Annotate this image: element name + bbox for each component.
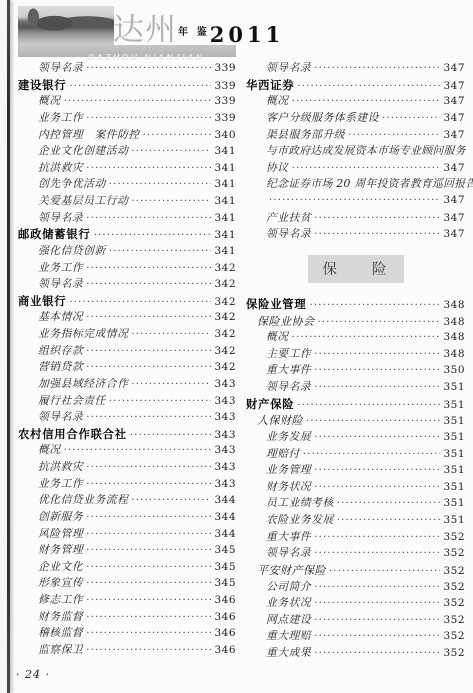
toc-entry: 保险业协会348 xyxy=(246,313,465,330)
toc-entry: 业务工作343 xyxy=(18,476,236,493)
page-number: 352 xyxy=(443,614,465,626)
page-number: 341 xyxy=(214,212,236,224)
page-number: 342 xyxy=(214,361,236,373)
page-number: 343 xyxy=(214,395,236,407)
scan-margin xyxy=(0,0,7,693)
page-number: 346 xyxy=(214,611,236,623)
toc-entry: 概况343 xyxy=(18,442,236,459)
toc-entry: 重大事件352 xyxy=(246,529,465,546)
page-number: 347 xyxy=(443,95,465,107)
page-number: 344 xyxy=(214,528,236,540)
dot-leader xyxy=(131,194,211,207)
page-number: 343 xyxy=(214,478,236,490)
dot-leader xyxy=(348,128,440,141)
dot-leader xyxy=(86,576,211,589)
toc-entry-label: 理赔付 xyxy=(266,446,300,461)
toc-heading-entry: 商业银行342 xyxy=(18,293,236,310)
toc-entry-label: 创新服务 xyxy=(38,509,83,524)
dot-leader xyxy=(269,193,440,206)
dot-leader xyxy=(86,61,211,74)
toc-entry-label: 财务管理 xyxy=(38,542,83,557)
toc-entry-label: 加强县域经济合作 xyxy=(38,376,128,391)
page-number: 351 xyxy=(443,448,465,460)
toc-entry-label: 财务状况 xyxy=(266,479,311,494)
page-number: 347 xyxy=(443,194,465,206)
toc-entry: 与市政府达成发展资本市场专业顾问服务 xyxy=(246,143,465,160)
toc-entry: 产业扶贫347 xyxy=(246,210,465,227)
dot-leader xyxy=(314,380,440,393)
toc-entry: 领导名录347 xyxy=(246,226,465,243)
page-number: 352 xyxy=(443,630,465,642)
dot-leader xyxy=(86,410,211,423)
toc-entry: 业务发展351 xyxy=(246,429,465,446)
toc-entry-label: 业务工作 xyxy=(38,110,83,125)
section-divider-label: 保 险 xyxy=(308,255,404,283)
toc-entry: 领导名录339 xyxy=(18,60,236,77)
toc-entry-label: 抗洪救灾 xyxy=(38,160,83,175)
toc-entry-label: 保险业协会 xyxy=(257,313,315,329)
page-number-footer: · 24 · xyxy=(16,668,50,681)
page-number: 343 xyxy=(214,378,236,390)
dot-leader xyxy=(64,94,212,107)
dot-leader xyxy=(318,315,441,328)
dot-leader xyxy=(86,261,211,274)
page-number: 342 xyxy=(214,328,236,340)
toc-entry: 领导名录352 xyxy=(246,545,465,562)
toc-entry-label: 概况 xyxy=(266,329,289,344)
dot-leader xyxy=(314,463,440,476)
toc-entry: 渠县服务部升级347 xyxy=(246,127,465,144)
toc-entry: 理赔付351 xyxy=(246,446,465,463)
toc-entry-label: 稽核监督 xyxy=(38,625,83,640)
dot-leader xyxy=(86,593,211,606)
page-number: 341 xyxy=(214,178,236,190)
dot-leader xyxy=(131,327,211,340)
dot-leader xyxy=(306,414,440,427)
page-number: 351 xyxy=(443,464,465,476)
dot-leader xyxy=(337,513,441,526)
page-number: 341 xyxy=(214,229,236,241)
dot-leader xyxy=(109,394,212,407)
page-number: 340 xyxy=(214,129,236,141)
toc-entry: 业务工作339 xyxy=(18,110,236,127)
header-photo xyxy=(18,6,114,47)
toc-entry-label: 财产保险 xyxy=(246,396,294,412)
toc-entry: 优化信贷业务流程344 xyxy=(18,492,236,509)
dot-leader xyxy=(314,546,440,559)
dot-leader xyxy=(337,496,441,509)
toc-entry: 概况347 xyxy=(246,93,465,110)
toc-entry: 纪念证券市场 20 周年投资者教育巡回报告会 xyxy=(246,176,465,193)
dot-leader xyxy=(86,477,211,490)
page-number: 351 xyxy=(443,399,465,411)
dot-leader xyxy=(86,610,211,623)
toc-entry-label: 与市政府达成发展资本市场专业顾问服务 xyxy=(266,143,466,158)
page-number: 352 xyxy=(443,647,465,659)
page-number: 346 xyxy=(214,627,236,639)
dot-leader xyxy=(314,227,440,240)
toc-entry-label: 网点建设 xyxy=(266,612,311,627)
toc-entry-label: 创先争优活动 xyxy=(38,176,106,191)
page-number: 351 xyxy=(443,497,465,509)
book-edge-line xyxy=(7,0,10,693)
toc-entry-label: 业务状况 xyxy=(266,595,311,610)
toc-entry-label: 营销贷款 xyxy=(38,359,83,374)
toc-entry: 重大成果352 xyxy=(246,645,465,662)
page-number: 339 xyxy=(214,112,236,124)
toc-heading-entry: 华西证券347 xyxy=(246,77,465,94)
dot-leader xyxy=(143,128,212,141)
toc-entry-label: 领导名录 xyxy=(38,409,83,424)
toc-heading-entry: 保险业管理348 xyxy=(246,296,465,313)
toc-entry: 业务状况352 xyxy=(246,595,465,612)
toc-entry-label: 重大理赔 xyxy=(266,628,311,643)
toc-entry: 人保财险351 xyxy=(246,412,465,429)
page-number: 347 xyxy=(443,62,465,74)
toc-entry-label: 企业文化 xyxy=(38,559,83,574)
toc-entry: 业务工作342 xyxy=(18,260,236,277)
dot-leader xyxy=(314,629,440,642)
toc-entry: 公司简介352 xyxy=(246,579,465,596)
toc-entry-label: 领导名录 xyxy=(38,210,83,225)
toc-heading-entry: 建设银行339 xyxy=(18,77,236,94)
dot-leader xyxy=(297,79,440,92)
page-number: 342 xyxy=(214,345,236,357)
toc-entry-label: 关爱基层员工行动 xyxy=(38,193,128,208)
toc-entry: 财务监督346 xyxy=(18,609,236,626)
toc-entry: 领导名录342 xyxy=(18,276,236,293)
dot-leader xyxy=(297,398,440,411)
dot-leader xyxy=(292,330,441,343)
toc-entry-label: 领导名录 xyxy=(38,276,83,291)
page-number: 341 xyxy=(214,145,236,157)
page-number: 351 xyxy=(443,431,465,443)
toc-entry-label: 业务发展 xyxy=(266,429,311,444)
dot-leader xyxy=(292,161,441,174)
dot-leader xyxy=(69,79,211,92)
toc-entry-label: 业务工作 xyxy=(38,260,83,275)
page-number: 348 xyxy=(443,299,465,311)
page-number: 344 xyxy=(214,494,236,506)
dot-leader xyxy=(314,347,440,360)
page-number: 350 xyxy=(443,364,465,376)
toc-entry: 抗洪救灾343 xyxy=(18,459,236,476)
toc-entry: 加强县域经济合作343 xyxy=(18,376,236,393)
toc-entry-label: 财务监督 xyxy=(38,609,83,624)
toc-entry: 企业文化创建活动341 xyxy=(18,143,236,160)
toc-entry: 关爱基层员工行动341 xyxy=(18,193,236,210)
toc-entry-label: 组织存款 xyxy=(38,343,83,358)
page-number: 347 xyxy=(443,129,465,141)
page-number: 346 xyxy=(214,594,236,606)
toc-entry: 概况339 xyxy=(18,93,236,110)
page-number: 341 xyxy=(214,245,236,257)
toc-column-left: 领导名录339建设银行339概况339业务工作339内控管理 案件防控340企业… xyxy=(18,60,236,659)
toc-entry-label: 概况 xyxy=(266,93,289,108)
toc-entry-label: 重大事件 xyxy=(266,529,311,544)
page-number: 351 xyxy=(443,415,465,427)
yearbook-toc-page: DAZHOU NIANJIAN 达州年 鉴2011 领导名录339建设银行339… xyxy=(0,0,473,693)
toc-entry-label: 重大成果 xyxy=(266,645,311,660)
toc-entry: 重大理赔352 xyxy=(246,628,465,645)
dot-leader xyxy=(109,177,212,190)
page-number: 343 xyxy=(214,444,236,456)
yearbook-title-suffix: 年 鉴 xyxy=(178,27,210,38)
toc-entry-label: 商业银行 xyxy=(18,293,66,309)
toc-entry-label: 业务工作 xyxy=(38,476,83,491)
toc-entry-label: 监察保卫 xyxy=(38,642,83,657)
yearbook-year: 2011 xyxy=(210,22,284,47)
toc-entry: 主要工作348 xyxy=(246,346,465,363)
dot-leader xyxy=(86,344,211,357)
page-number: 351 xyxy=(443,381,465,393)
dot-leader xyxy=(314,363,440,376)
dot-leader xyxy=(86,643,211,656)
page-number: 351 xyxy=(443,514,465,526)
toc-entry: 财务状况351 xyxy=(246,479,465,496)
toc-entry: 平安财产保险352 xyxy=(246,562,465,579)
toc-entry-label: 农险业务发展 xyxy=(266,512,334,527)
toc-entry: 347 xyxy=(246,193,465,210)
page-number: 348 xyxy=(443,348,465,360)
dot-leader xyxy=(314,613,440,626)
toc-entry: 领导名录347 xyxy=(246,60,465,77)
page-number: 347 xyxy=(443,80,465,92)
toc-entry-label: 领导名录 xyxy=(266,545,311,560)
page-number: 348 xyxy=(443,331,465,343)
dot-leader xyxy=(109,244,212,257)
toc-entry-label: 重大事件 xyxy=(266,362,311,377)
toc-entry: 履行社会责任343 xyxy=(18,393,236,410)
toc-entry-label: 领导名录 xyxy=(266,379,311,394)
toc-entry-label: 华西证券 xyxy=(246,77,294,93)
toc-entry: 财务管理345 xyxy=(18,542,236,559)
page-number: 344 xyxy=(214,511,236,523)
page-number: 341 xyxy=(214,162,236,174)
toc-entry: 内控管理 案件防控340 xyxy=(18,127,236,144)
dot-leader xyxy=(314,596,440,609)
toc-entry-label: 概况 xyxy=(38,93,61,108)
toc-entry: 形象宣传345 xyxy=(18,575,236,592)
toc-entry: 组织存款342 xyxy=(18,343,236,360)
page-number: 342 xyxy=(214,311,236,323)
dot-leader xyxy=(314,646,440,659)
toc-entry-label: 员工业绩考核 xyxy=(266,495,334,510)
toc-entry-label: 领导名录 xyxy=(266,60,311,75)
toc-entry-label: 形象宣传 xyxy=(38,575,83,590)
dot-leader xyxy=(314,580,440,593)
dot-leader xyxy=(382,111,440,124)
page-number: 352 xyxy=(443,597,465,609)
toc-entry: 协议347 xyxy=(246,160,465,177)
toc-entry: 概况348 xyxy=(246,329,465,346)
toc-entry-label: 客户分级服务体系建设 xyxy=(266,110,379,125)
page-number: 343 xyxy=(214,411,236,423)
toc-entry: 监察保卫346 xyxy=(18,642,236,659)
toc-entry: 抗洪救灾341 xyxy=(18,160,236,177)
toc-entry-label: 业务指标完成情况 xyxy=(38,326,128,341)
page-number: 339 xyxy=(214,62,236,74)
toc-entry: 业务管理351 xyxy=(246,462,465,479)
dot-leader xyxy=(314,211,440,224)
toc-entry-label: 公司简介 xyxy=(266,579,311,594)
dot-leader xyxy=(86,560,211,573)
page-number: 346 xyxy=(214,644,236,656)
toc-column-right: 领导名录347华西证券347概况347客户分级服务体系建设347渠县服务部升级3… xyxy=(246,60,465,662)
toc-heading-entry: 邮政储蓄银行341 xyxy=(18,226,236,243)
toc-entry: 营销贷款342 xyxy=(18,359,236,376)
toc-entry-label: 优化信贷业务流程 xyxy=(38,492,128,507)
dot-leader xyxy=(131,377,211,390)
dot-leader xyxy=(314,480,440,493)
dot-leader xyxy=(329,564,440,577)
toc-entry: 企业文化345 xyxy=(18,559,236,576)
toc-entry-label: 基本情况 xyxy=(38,309,83,324)
toc-entry-label: 企业文化创建活动 xyxy=(38,143,128,158)
dot-leader xyxy=(314,530,440,543)
dot-leader xyxy=(86,543,211,556)
dot-leader xyxy=(130,428,212,441)
dot-leader xyxy=(86,161,211,174)
toc-entry: 网点建设352 xyxy=(246,612,465,629)
toc-entry-label: 业务管理 xyxy=(266,462,311,477)
dot-leader xyxy=(86,360,211,373)
page-number: 345 xyxy=(214,544,236,556)
section-divider: 保 险 xyxy=(246,255,465,283)
page-number: 352 xyxy=(443,547,465,559)
page-number: 347 xyxy=(443,162,465,174)
toc-entry: 稽核监督346 xyxy=(18,625,236,642)
toc-entry-label: 邮政储蓄银行 xyxy=(18,226,91,242)
toc-entry-label: 主要工作 xyxy=(266,346,311,361)
toc-entry-label: 概况 xyxy=(38,442,61,457)
page-number: 343 xyxy=(214,461,236,473)
toc-entry-label: 领导名录 xyxy=(38,60,83,75)
dot-leader xyxy=(292,94,441,107)
toc-entry: 创新服务344 xyxy=(18,509,236,526)
page-number: 347 xyxy=(443,112,465,124)
toc-entry-label: 协议 xyxy=(266,160,289,175)
toc-entry-label: 人保财险 xyxy=(257,412,303,428)
toc-entry: 强化信贷创新341 xyxy=(18,243,236,260)
toc-entry-label: 领导名录 xyxy=(266,226,311,241)
dot-leader xyxy=(86,510,211,523)
toc-entry-label: 渠县服务部升级 xyxy=(266,127,345,142)
toc-entry: 客户分级服务体系建设347 xyxy=(246,110,465,127)
toc-entry-label: 产业扶贫 xyxy=(266,210,311,225)
page-number: 339 xyxy=(214,95,236,107)
toc-entry: 员工业绩考核351 xyxy=(246,495,465,512)
toc-entry-label: 修志工作 xyxy=(38,592,83,607)
dot-leader xyxy=(64,443,212,456)
dot-leader xyxy=(86,460,211,473)
page-number: 342 xyxy=(214,278,236,290)
toc-entry-label: 保险业管理 xyxy=(246,296,307,312)
toc-entry: 领导名录351 xyxy=(246,379,465,396)
page-header: DAZHOU NIANJIAN 达州年 鉴2011 xyxy=(18,5,236,58)
page-number: 339 xyxy=(214,80,236,92)
dot-leader xyxy=(86,310,211,323)
page-number: 345 xyxy=(214,561,236,573)
dot-leader xyxy=(86,527,211,540)
toc-heading-entry: 财产保险351 xyxy=(246,396,465,413)
dot-leader xyxy=(314,61,440,74)
dot-leader xyxy=(94,228,212,241)
toc-entry: 重大事件350 xyxy=(246,362,465,379)
dot-leader xyxy=(131,493,211,506)
page-number: 347 xyxy=(443,228,465,240)
toc-entry: 基本情况342 xyxy=(18,309,236,326)
page-number: 347 xyxy=(443,212,465,224)
toc-entry: 创先争优活动341 xyxy=(18,176,236,193)
dot-leader xyxy=(310,298,441,311)
page-number: 351 xyxy=(443,481,465,493)
dot-leader xyxy=(86,211,211,224)
page-number: 345 xyxy=(214,577,236,589)
toc-entry-label: 平安财产保险 xyxy=(257,562,326,578)
toc-heading-entry: 农村信用合作联合社343 xyxy=(18,426,236,443)
toc-entry-label: 风险管理 xyxy=(38,526,83,541)
toc-entry-label: 履行社会责任 xyxy=(38,393,106,408)
page-number: 352 xyxy=(443,531,465,543)
toc-entry: 领导名录343 xyxy=(18,409,236,426)
dot-leader xyxy=(86,626,211,639)
page-number: 348 xyxy=(443,316,465,328)
page-number: 342 xyxy=(214,296,236,308)
page-number: 352 xyxy=(443,565,465,577)
dot-leader xyxy=(69,295,211,308)
toc-entry-label: 纪念证券市场 20 周年投资者教育巡回报告会 xyxy=(266,176,473,191)
yearbook-title: 达州年 鉴2011 xyxy=(113,13,284,47)
toc-entry: 业务指标完成情况342 xyxy=(18,326,236,343)
dot-leader xyxy=(86,111,211,124)
toc-entry-label: 强化信贷创新 xyxy=(38,243,106,258)
dot-leader xyxy=(131,144,211,157)
toc-entry: 领导名录341 xyxy=(18,210,236,227)
page-number: 352 xyxy=(443,581,465,593)
dot-leader xyxy=(314,430,440,443)
page-number: 342 xyxy=(214,262,236,274)
page-number: 341 xyxy=(214,195,236,207)
yearbook-title-cn: 达州 xyxy=(113,12,177,48)
dot-leader xyxy=(303,447,441,460)
toc-entry-label: 建设银行 xyxy=(18,77,66,93)
toc-entry: 农险业务发展351 xyxy=(246,512,465,529)
toc-entry-label: 内控管理 案件防控 xyxy=(38,127,140,142)
toc-entry-label: 农村信用合作联合社 xyxy=(18,426,127,442)
dot-leader xyxy=(86,277,211,290)
page-number: 343 xyxy=(214,429,236,441)
toc-entry: 风险管理344 xyxy=(18,526,236,543)
toc-entry: 修志工作346 xyxy=(18,592,236,609)
toc-entry-label: 抗洪救灾 xyxy=(38,459,83,474)
